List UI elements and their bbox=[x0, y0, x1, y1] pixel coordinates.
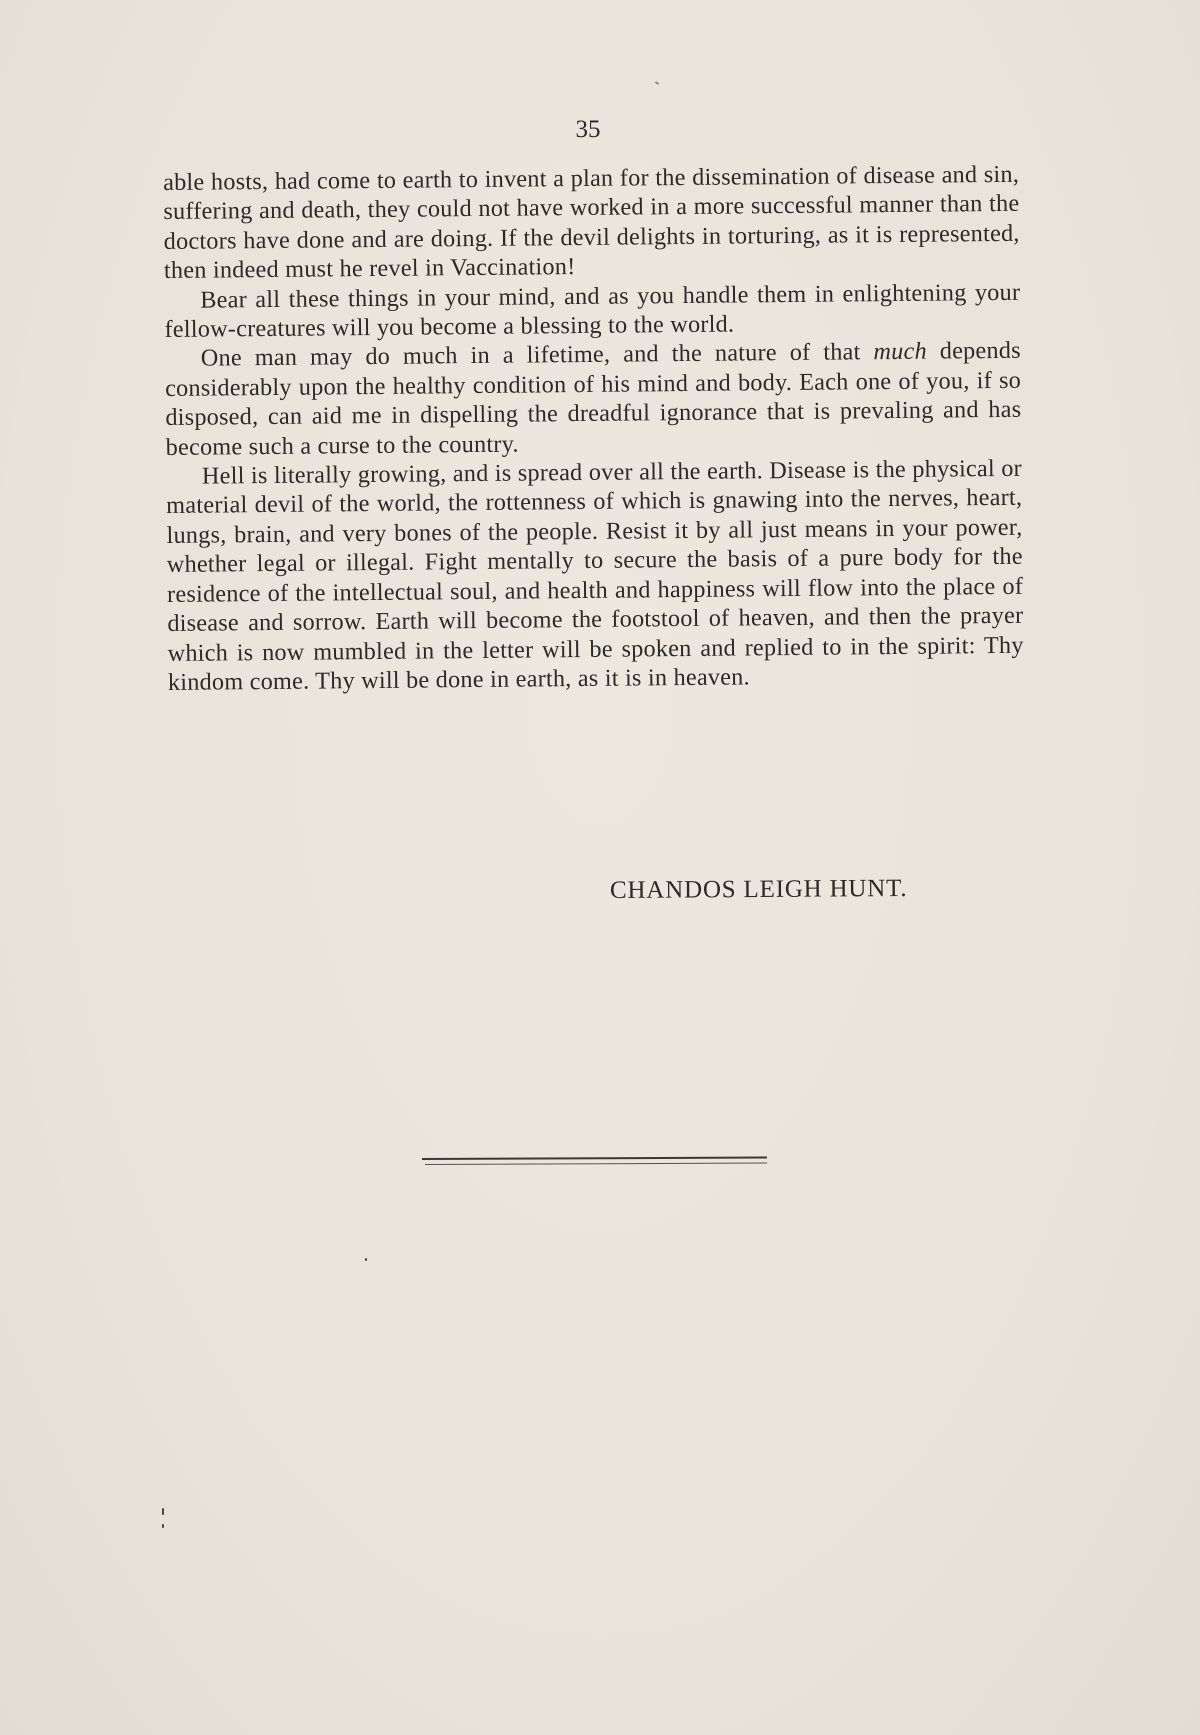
ink-speck bbox=[365, 1258, 367, 1261]
paragraph-2: Bear all these things in your mind, and … bbox=[164, 277, 1021, 344]
body-text: able hosts, had come to earth to invent … bbox=[163, 160, 1024, 698]
closing-rule-bottom bbox=[425, 1163, 767, 1165]
paragraph-4: Hell is literally growing, and is spread… bbox=[166, 454, 1024, 697]
page-number: 35 bbox=[0, 116, 1176, 144]
emphasis-text: much bbox=[873, 338, 927, 366]
paragraph-3: One man may do much in a lifetime, and t… bbox=[165, 336, 1022, 462]
closing-rule-top bbox=[422, 1156, 767, 1160]
author-signature: CHANDOS LEIGH HUNT. bbox=[610, 875, 908, 905]
paragraph-text: One man may do much in a lifetime, and t… bbox=[201, 339, 874, 372]
paragraph-text: Hell is literally growing, and is spread… bbox=[166, 455, 1024, 696]
document-page: 35 able hosts, had come to earth to inve… bbox=[0, 0, 1200, 1735]
ink-speck bbox=[162, 1508, 164, 1515]
paragraph-text: Bear all these things in your mind, and … bbox=[164, 278, 1020, 343]
paragraph-text: able hosts, had come to earth to invent … bbox=[163, 161, 1020, 284]
ink-speck bbox=[655, 81, 659, 85]
paragraph-1: able hosts, had come to earth to invent … bbox=[163, 160, 1020, 286]
ink-speck bbox=[162, 1524, 164, 1528]
